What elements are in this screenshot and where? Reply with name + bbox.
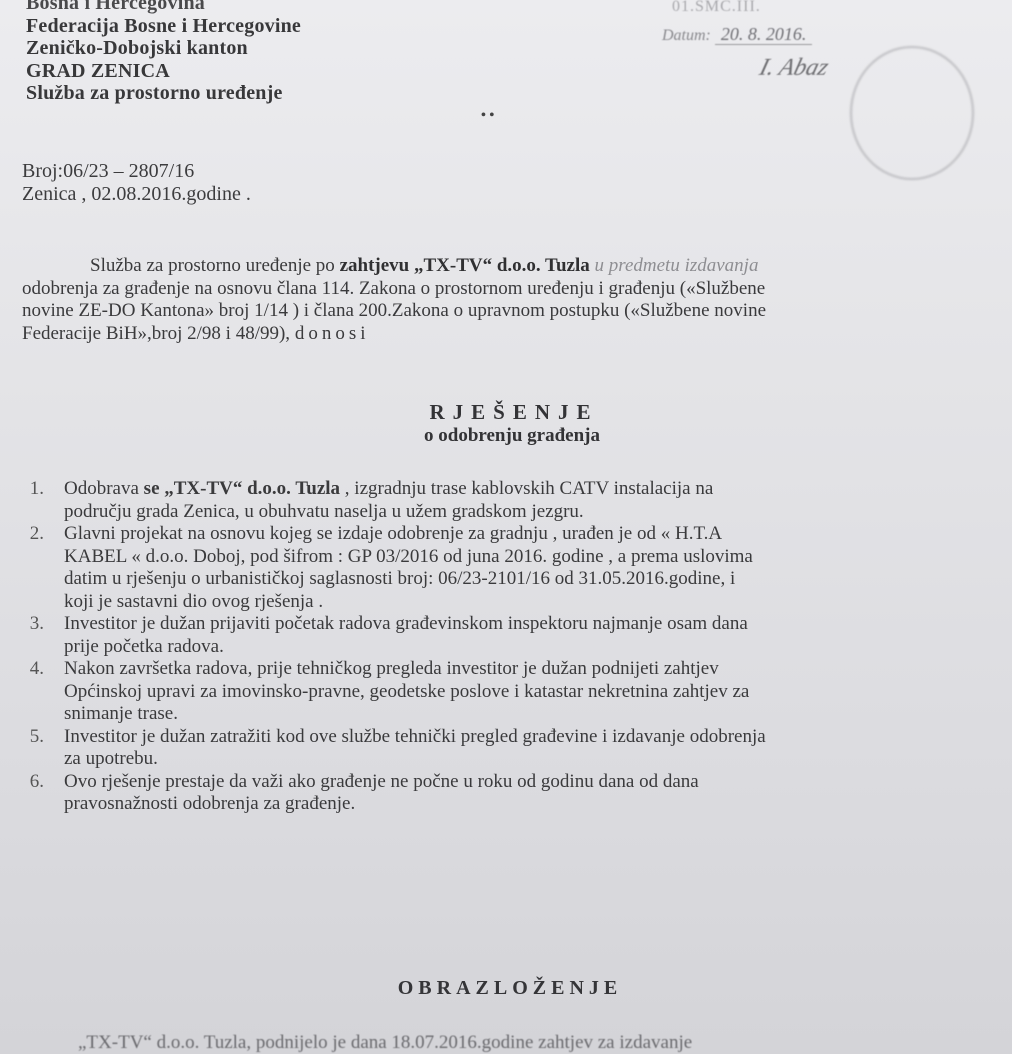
received-stamp: 01.SMC.III. Datum: 20. 8. 2016. I. Abaz	[660, 0, 1012, 200]
header-line-federation: Federacija Bosne i Hercegovine	[26, 15, 301, 38]
stamp-date-value: 20. 8. 2016.	[715, 24, 813, 45]
item-line: Nakon završetka radova, prije tehničkog …	[64, 658, 980, 681]
item-number: 2.	[20, 523, 44, 546]
decision-subtitle: o odobrenju građenja	[0, 424, 1012, 448]
item-number: 4.	[20, 658, 44, 681]
stamp-reference: 01.SMC.III.	[672, 0, 761, 16]
issuer-header: Bosna i Hercegovina Federacija Bosne i H…	[26, 0, 301, 105]
item-number: 6.	[20, 771, 44, 794]
item-line: pravosnažnosti odobrenja za građenje.	[64, 793, 980, 816]
place-date: Zenica , 02.08.2016.godine .	[22, 183, 251, 206]
header-line-country: Bosna i Hercegovina	[26, 0, 301, 15]
round-seal-icon	[850, 46, 974, 180]
intro-line: novine ZE-DO Kantona» broj 1/14 ) i član…	[22, 300, 982, 323]
decision-item: 3.Investitor je dužan prijaviti početak …	[20, 613, 980, 658]
decision-items: 1.Odobrava se „TX-TV“ d.o.o. Tuzla , izg…	[20, 478, 980, 816]
item-line: Odobrava se „TX-TV“ d.o.o. Tuzla , izgra…	[64, 478, 980, 501]
item-line: KABEL « d.o.o. Doboj, pod šifrom : GP 03…	[64, 546, 980, 569]
decision-item: 2.Glavni projekat na osnovu kojeg se izd…	[20, 523, 980, 613]
intro-paragraph: Služba za prostorno uređenje po zahtjevu…	[22, 255, 982, 345]
item-line: za upotrebu.	[64, 748, 980, 771]
header-line-canton: Zeničko-Dobojski kanton	[26, 37, 301, 60]
item-line: koji je sastavni dio ovog rješenja .	[64, 591, 980, 614]
decision-title-block: RJEŠENJE o odobrenju građenja	[0, 400, 1012, 448]
decision-item: 5.Investitor je dužan zatražiti kod ove …	[20, 726, 980, 771]
reasoning-first-line: „TX-TV“ d.o.o. Tuzla, podnijelo je dana …	[78, 1032, 692, 1054]
item-line: snimanje trase.	[64, 703, 980, 726]
stamp-date-label: Datum:	[662, 27, 711, 44]
item-line: području grada Zenica, u obuhvatu naselj…	[64, 501, 980, 524]
decision-title: RJEŠENJE	[0, 400, 1012, 424]
intro-line: Federacije BiH»,broj 2/98 i 48/99), dono…	[22, 323, 982, 346]
intro-text: Federacije BiH»,broj 2/98 i 48/99),	[22, 323, 295, 344]
intro-line: Služba za prostorno uređenje po zahtjevu…	[22, 255, 982, 278]
punch-marks: • •	[481, 108, 494, 124]
item-line: Investitor je dužan zatražiti kod ove sl…	[64, 726, 980, 749]
item-line: Investitor je dužan prijaviti početak ra…	[64, 613, 980, 636]
intro-verb: donosi	[295, 323, 370, 344]
item-line: datim u rješenju o urbanističkoj saglasn…	[64, 568, 980, 591]
header-line-city: GRAD ZENICA	[26, 60, 301, 83]
decision-item: 1.Odobrava se „TX-TV“ d.o.o. Tuzla , izg…	[20, 478, 980, 523]
item-number: 1.	[20, 478, 44, 501]
document-page: Bosna i Hercegovina Federacija Bosne i H…	[0, 0, 1012, 1054]
stamp-date: Datum: 20. 8. 2016.	[662, 24, 812, 45]
item-line: Ovo rješenje prestaje da važi ako građen…	[64, 771, 980, 794]
reference-block: Broj:06/23 – 2807/16 Zenica , 02.08.2016…	[22, 160, 251, 206]
reference-number: Broj:06/23 – 2807/16	[22, 160, 251, 183]
decision-item: 6.Ovo rješenje prestaje da važi ako građ…	[20, 771, 980, 816]
intro-text: Služba za prostorno uređenje po	[90, 255, 340, 276]
intro-line: odobrenja za građenje na osnovu člana 11…	[22, 278, 982, 301]
item-line: Općinskoj upravi za imovinsko-pravne, ge…	[64, 681, 980, 704]
signature: I. Abaz	[756, 55, 831, 82]
item-number: 3.	[20, 613, 44, 636]
intro-text-faded: u predmetu izdavanja	[590, 255, 759, 276]
item-number: 5.	[20, 726, 44, 749]
item-line: Glavni projekat na osnovu kojeg se izdaj…	[64, 523, 980, 546]
decision-item: 4.Nakon završetka radova, prije tehničko…	[20, 658, 980, 726]
header-line-service: Služba za prostorno uređenje	[26, 82, 301, 105]
reasoning-heading: OBRAZLOŽENJE	[0, 977, 1012, 1000]
applicant-name: zahtjevu „TX-TV“ d.o.o. Tuzla	[340, 255, 590, 276]
item-line: prije početka radova.	[64, 636, 980, 659]
